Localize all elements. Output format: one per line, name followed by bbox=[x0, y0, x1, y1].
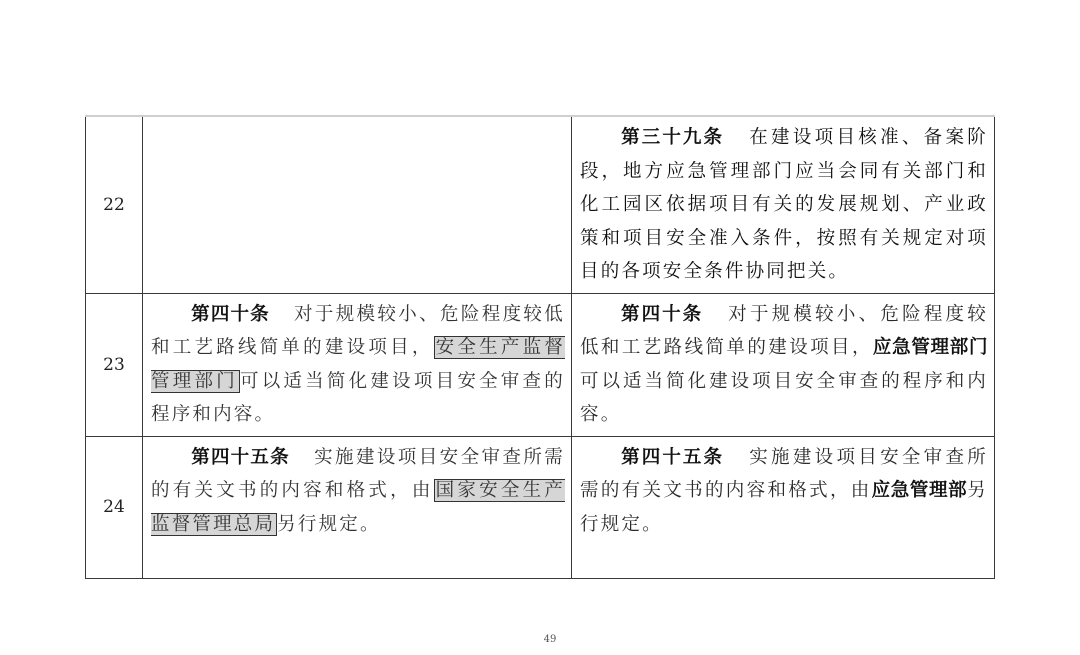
table-row: 22 第三十九条在建设项目核准、备案阶段，地方应急管理部门应当会同有关部门和化工… bbox=[86, 116, 995, 293]
row-number: 22 bbox=[86, 116, 143, 293]
old-text-cell: 第四十五条实施建设项目安全审查所需的有关文书的内容和格式，由国家安全生产监督管理… bbox=[143, 436, 572, 578]
page-number: 49 bbox=[0, 634, 1080, 645]
article-text-after: 可以适当简化建设项目安全审查的程序和内容。 bbox=[580, 371, 988, 426]
article-title: 第四十条 bbox=[191, 304, 270, 325]
article-text-after: 另行规定。 bbox=[277, 514, 381, 535]
article-title: 第四十五条 bbox=[620, 447, 724, 468]
old-text-cell bbox=[143, 116, 572, 293]
inserted-text: 应急管理部门 bbox=[873, 337, 988, 358]
table-row: 24 第四十五条实施建设项目安全审查所需的有关文书的内容和格式，由国家安全生产监… bbox=[86, 436, 995, 578]
old-text-cell: 第四十条对于规模较小、危险程度较低和工艺路线简单的建设项目，安全生产监督管理部门… bbox=[143, 293, 572, 436]
article-title: 第四十条 bbox=[620, 304, 703, 325]
article-text: 在建设项目核准、备案阶段，地方应急管理部门应当会同有关部门和化工园区依据项目有关… bbox=[580, 127, 988, 282]
article-title: 第三十九条 bbox=[620, 127, 724, 148]
new-text-cell: 第四十五条实施建设项目安全审查所需的有关文书的内容和格式，由应急管理部另行规定。 bbox=[572, 436, 995, 578]
new-text-cell: 第四十条对于规模较小、危险程度较低和工艺路线简单的建设项目，应急管理部门可以适当… bbox=[572, 293, 995, 436]
comparison-table: 22 第三十九条在建设项目核准、备案阶段，地方应急管理部门应当会同有关部门和化工… bbox=[85, 115, 995, 579]
article-title: 第四十五条 bbox=[191, 447, 290, 468]
new-text-cell: 第三十九条在建设项目核准、备案阶段，地方应急管理部门应当会同有关部门和化工园区依… bbox=[572, 116, 995, 293]
row-number: 23 bbox=[86, 293, 143, 436]
table-row: 23 第四十条对于规模较小、危险程度较低和工艺路线简单的建设项目，安全生产监督管… bbox=[86, 293, 995, 436]
inserted-text: 应急管理部 bbox=[872, 480, 968, 501]
row-number: 24 bbox=[86, 436, 143, 578]
